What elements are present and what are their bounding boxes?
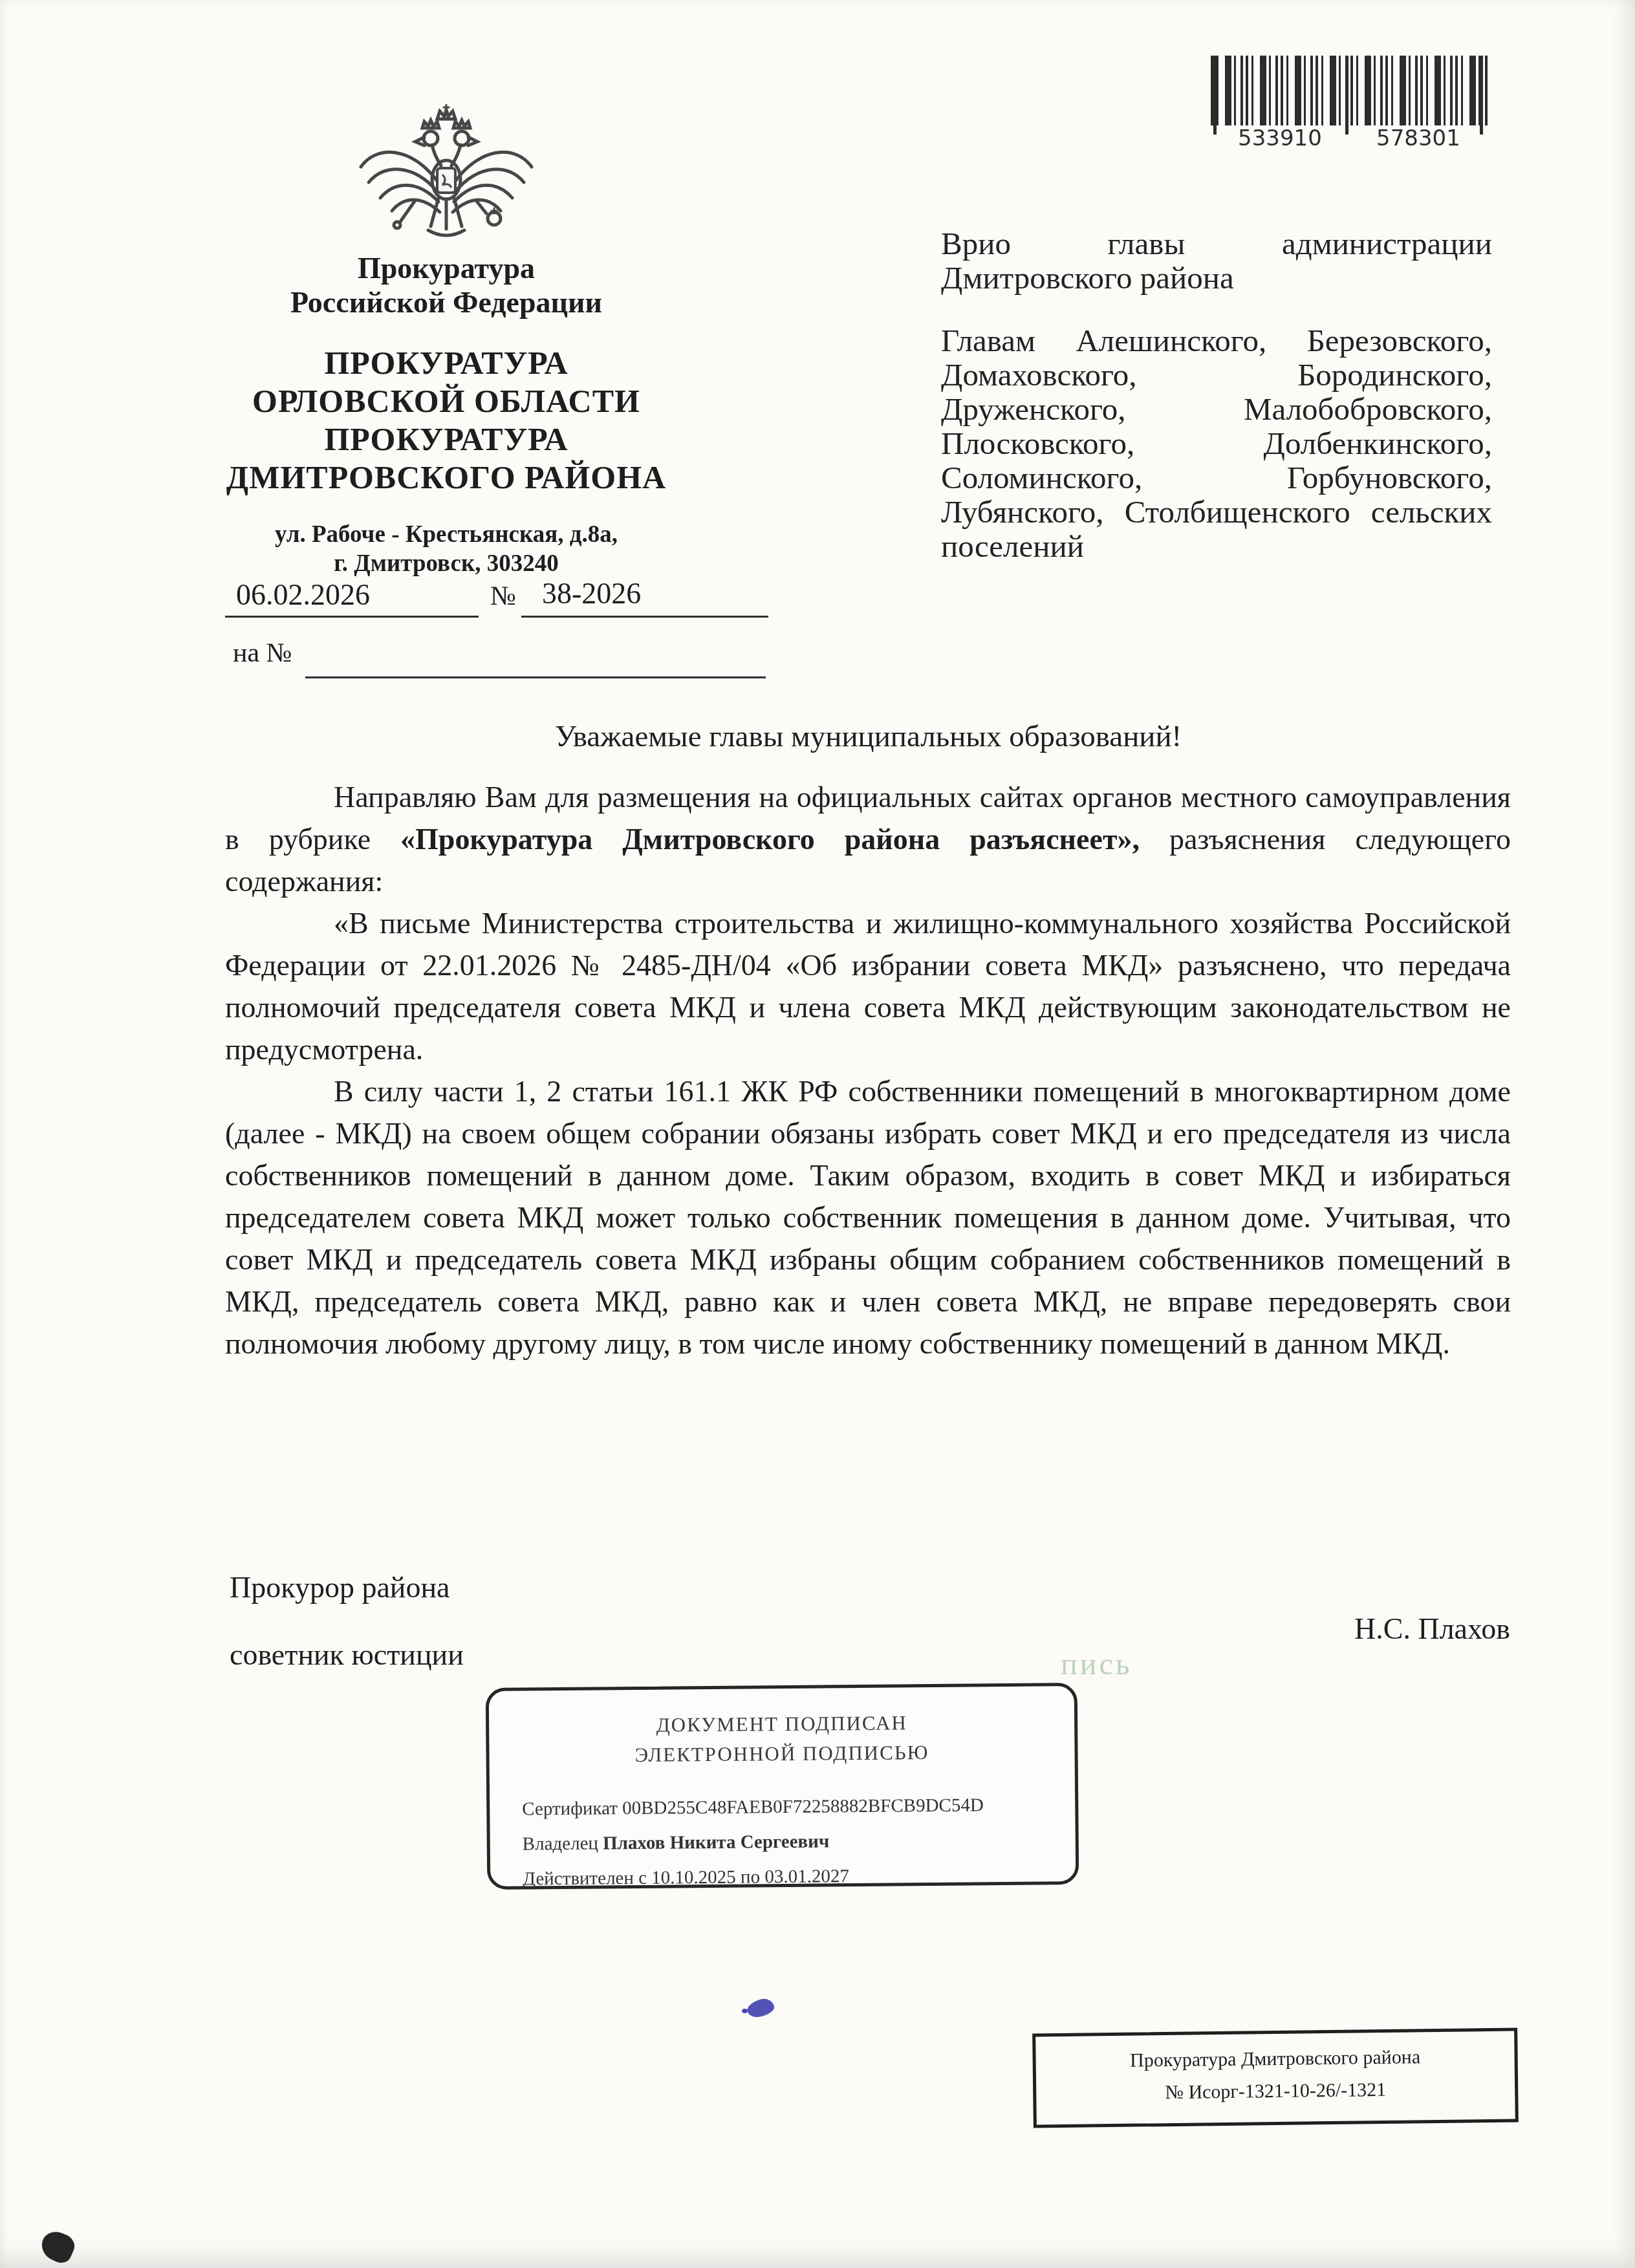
ink-blot-dot: [742, 2009, 748, 2013]
number-underline: [521, 616, 768, 618]
certificate-value: 00BD255C48FAEB0F72258882BFCB9DC54D: [622, 1795, 984, 1819]
stamp-title-line2: ЭЛЕКТРОННОЙ ПОДПИСЬЮ: [489, 1736, 1074, 1771]
barcode-image: [1211, 56, 1488, 125]
barcode-number-left: 533910: [1211, 125, 1349, 151]
registration-stamp-box: Прокуратура Дмитровского района № Исорг-…: [1032, 2027, 1519, 2128]
org-caps-line4: ДМИТРОВСКОГО РАЙОНА: [155, 459, 737, 497]
owner-name: Плахов Никита Сергеевич: [603, 1831, 829, 1853]
body-paragraph-1: Направляю Вам для размещения на официаль…: [225, 776, 1511, 902]
recipient-block: Врио главы администрации Дмитровского ра…: [941, 226, 1492, 563]
scan-corner-mark: [37, 2227, 78, 2267]
org-address-line2: г. Дмитровск, 303240: [155, 549, 737, 578]
signer-name: Н.С. Плахов: [226, 1612, 1510, 1646]
body-p1-bold: «Прокуратура Дмитровского района разъясн…: [400, 823, 1140, 856]
registration-number: № Исорг-1321-10-26/-1321: [1036, 2077, 1515, 2105]
barcode-guard-bar: [1480, 56, 1483, 135]
body-paragraph-3: В силу части 1, 2 статьи 161.1 ЖК РФ соб…: [225, 1070, 1511, 1365]
letter-body: Направляю Вам для размещения на официаль…: [225, 776, 1511, 1365]
org-name-line1: Прокуратура: [155, 251, 737, 285]
reply-number-underline: [305, 676, 766, 678]
letter-date: 06.02.2026: [236, 578, 370, 612]
org-caps-line3: ПРОКУРАТУРА: [155, 420, 737, 459]
stamp-certificate-line: Сертификат 00BD255C48FAEB0F72258882BFCB9…: [522, 1787, 1075, 1826]
outgoing-number: 38-2026: [542, 576, 641, 610]
recipient-line1: Врио главы администрации: [941, 226, 1492, 261]
certificate-label: Сертификат: [522, 1798, 622, 1819]
owner-label: Владелец: [523, 1833, 603, 1854]
stamp-owner-line: Владелец Плахов Никита Сергеевич: [523, 1822, 1076, 1861]
date-underline: [225, 616, 479, 618]
recipient-addressees: Главам Алешинского, Березовского, Домахо…: [941, 323, 1492, 563]
org-name-line2: Российской Федерации: [155, 285, 737, 319]
barcode-numbers: 533910 578301: [1211, 125, 1488, 151]
number-sign: №: [490, 581, 516, 612]
electronic-signature-stamp: ДОКУМЕНТ ПОДПИСАН ЭЛЕКТРОННОЙ ПОДПИСЬЮ С…: [486, 1683, 1079, 1890]
signature-watermark-fragment: пись: [1061, 1647, 1132, 1682]
letterhead-block: Прокуратура Российской Федерации ПРОКУРА…: [155, 251, 737, 578]
scanned-letter-page: 533910 578301: [0, 0, 1635, 2268]
russia-coat-of-arms-icon: [349, 101, 543, 274]
body-paragraph-2: «В письме Министерства строительства и ж…: [225, 902, 1511, 1070]
recipient-line2: Дмитровского района: [941, 261, 1492, 295]
org-caps-line2: ОРЛОВСКОЙ ОБЛАСТИ: [155, 382, 737, 420]
barcode-number-right: 578301: [1349, 125, 1488, 151]
signer-position-line1: Прокурор района: [230, 1570, 450, 1604]
stamp-validity-line: Действителен с 10.10.2025 по 03.01.2027: [523, 1857, 1076, 1896]
org-caps-line1: ПРОКУРАТУРА: [155, 344, 737, 382]
barcode-guard-bar: [1345, 56, 1348, 135]
ink-blot: [745, 1996, 775, 2019]
barcode-guard-bar: [1213, 56, 1217, 135]
registration-org: Прокуратура Дмитровского района: [1035, 2045, 1514, 2073]
salutation: Уважаемые главы муниципальных образовани…: [226, 719, 1510, 754]
reply-number-label: на №: [233, 638, 292, 669]
org-address-line1: ул. Рабоче - Крестьянская, д.8а,: [155, 520, 737, 549]
stamp-title-line1: ДОКУМЕНТ ПОДПИСАН: [489, 1707, 1074, 1742]
